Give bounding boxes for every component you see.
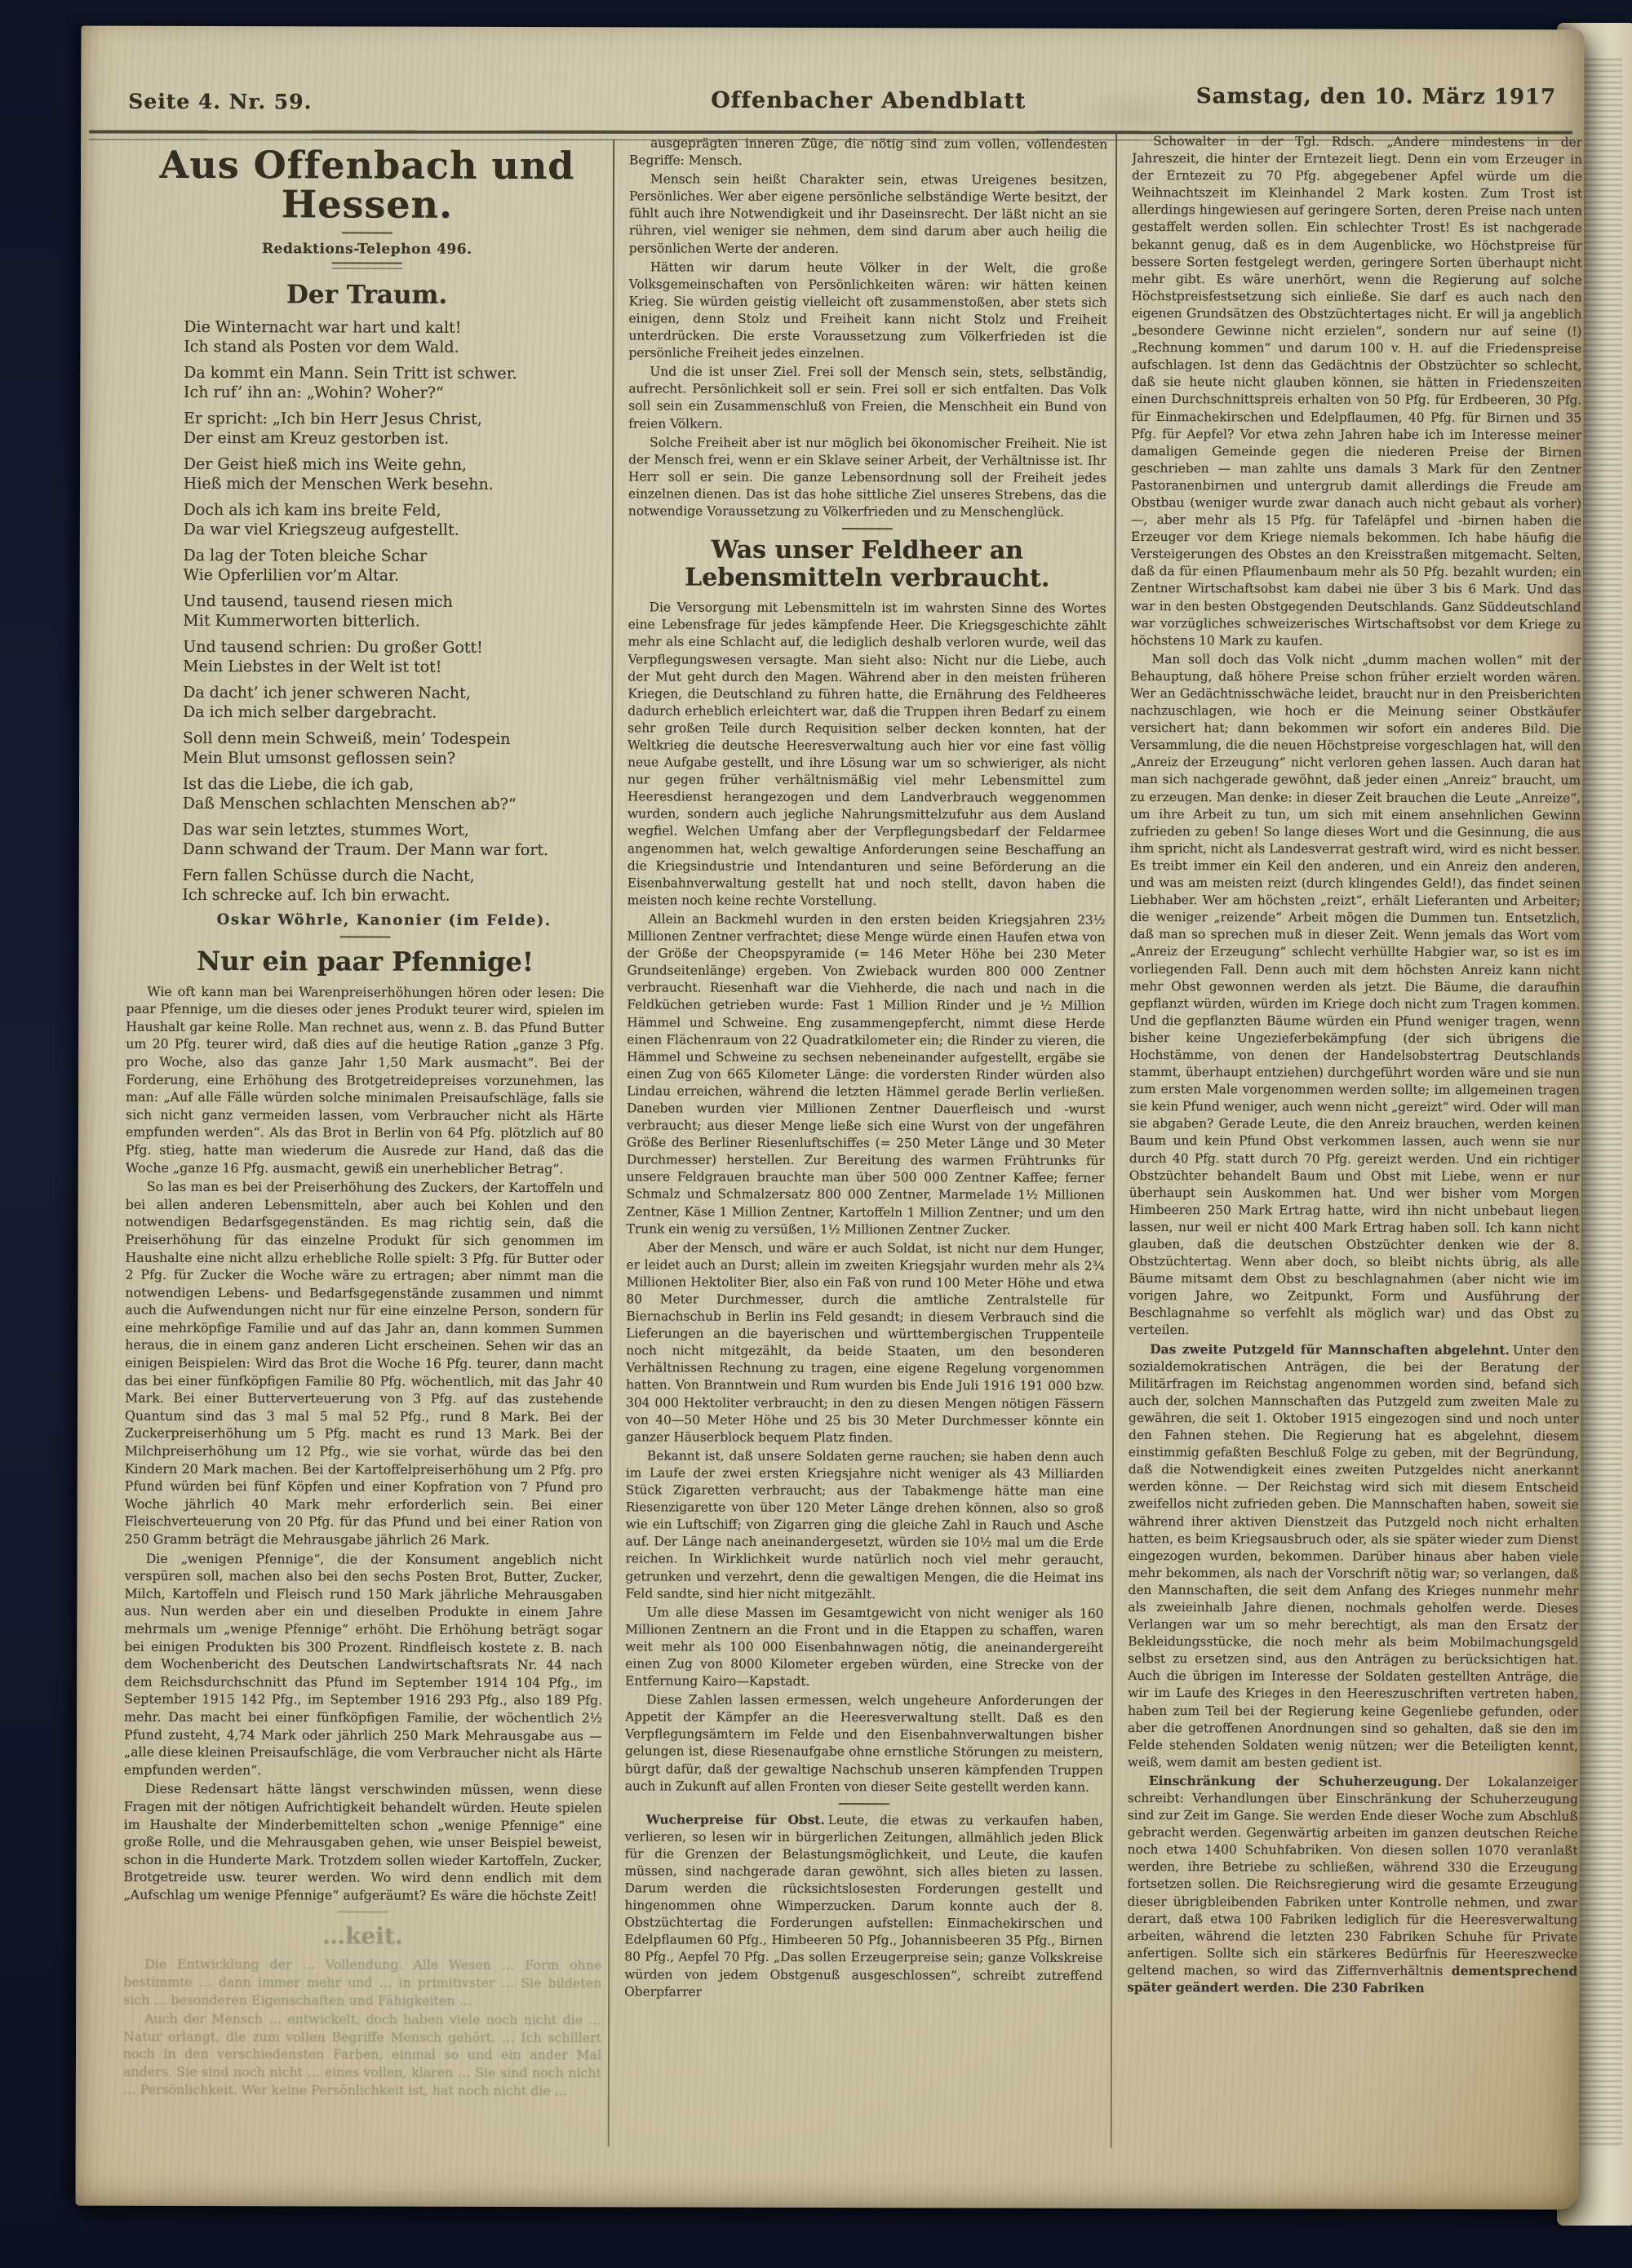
editorial-telephone: Redaktions-Telephon 496. xyxy=(128,240,606,258)
news-items: Das zweite Putzgeld für Mannschaften abg… xyxy=(1127,1341,1579,1998)
divider-rule xyxy=(839,1803,889,1805)
photo-backdrop: Seite 4. Nr. 59. Offenbacher Abendblatt … xyxy=(0,0,1632,2268)
article-paragraph: So las man es bei der Preiserhöhung des … xyxy=(125,1178,604,1549)
poem-line: Das war sein letztes, stummes Wort, xyxy=(183,820,549,840)
article-title: Was unser Feldheer an Lebensmitteln verb… xyxy=(628,536,1106,592)
poem-line: Ich stand als Posten vor dem Wald. xyxy=(184,337,550,357)
paragraph-text: Bekannt ist, daß unsere Soldaten gerne r… xyxy=(625,1448,1103,1601)
divider-rule xyxy=(842,528,893,529)
paragraph-text: Diese Redensart hätte längst verschwinde… xyxy=(123,1781,601,1903)
paragraph-text: Auch der Mensch … entwickelt, doch haben… xyxy=(123,2011,601,2098)
poem-body: Die Winternacht war hart und kalt!Ich st… xyxy=(182,317,549,906)
news-item: Das zweite Putzgeld für Mannschaften abg… xyxy=(1128,1341,1579,1773)
paragraph-text: Schowalter in der Tgl. Rdsch. „Andere mi… xyxy=(1131,134,1583,648)
paragraph-text: Die „wenigen Pfennige“, die der Konsumen… xyxy=(124,1550,603,1777)
news-item-text: Der Lokalanzeiger schreibt: Verhandlunge… xyxy=(1127,1774,1578,1978)
faded-article-body: Die Entwicklung der … Vollendung. Alle W… xyxy=(123,1956,601,2099)
poem-line: Er spricht: „Ich bin Herr Jesus Christ, xyxy=(184,409,550,429)
article-paragraph: Man soll doch das Volk nicht „dumm mache… xyxy=(1129,651,1581,1340)
poem-line: Der einst am Kreuz gestorben ist. xyxy=(184,428,550,449)
poem-line: Und tausend, tausend riesen mich xyxy=(183,591,549,612)
poem-line: Da ich mich selber dargebracht. xyxy=(183,702,549,723)
article-paragraph: Allein an Backmehl wurden in den ersten … xyxy=(627,910,1106,1238)
divider-rule xyxy=(340,936,391,937)
poem-line: Hieß mich der Menschen Werk besehn. xyxy=(184,474,550,494)
news-item: Einschränkung der Schuherzeugung.Der Lok… xyxy=(1127,1773,1578,1998)
article-paragraph: Und die ist unser Ziel. Frei soll der Me… xyxy=(628,364,1106,434)
poem-line: Daß Menschen schlachten Menschen ab?“ xyxy=(183,794,549,814)
paragraph-text: Man soll doch das Volk nicht „dumm mache… xyxy=(1129,652,1581,1338)
article-paragraph: Diese Redensart hätte längst verschwinde… xyxy=(123,1780,601,1905)
paragraph-text: Die Versorgung mit Lebensmitteln ist im … xyxy=(628,600,1106,908)
poem-byline: Oskar Wöhrle, Kanonier (im Felde). xyxy=(126,910,605,929)
article-paragraph: ausgeprägten inneren Züge, die nötig sin… xyxy=(629,135,1107,171)
paragraph-text: ausgeprägten inneren Züge, die nötig sin… xyxy=(629,135,1107,167)
faded-paragraph: Auch der Mensch … entwickelt, doch haben… xyxy=(123,2010,601,2100)
faded-article-title: …keit. xyxy=(123,1922,601,1951)
poem-line: Da kommt ein Mann. Sein Tritt ist schwer… xyxy=(184,363,550,383)
poem-line: Mein Liebstes in der Welt ist tot! xyxy=(183,657,549,677)
poem-line: Mein Blut umsonst geflossen sein? xyxy=(183,748,549,769)
paragraph-text: Und die ist unser Ziel. Frei soll der Me… xyxy=(628,365,1106,432)
paragraph-text: Allein an Backmehl wurden in den ersten … xyxy=(627,911,1106,1237)
paragraph-text: Hätten wir darum heute Völker in der Wel… xyxy=(628,259,1106,361)
article-paragraph: Schowalter in der Tgl. Rdsch. „Andere mi… xyxy=(1131,133,1583,650)
article-title: Nur ein paar Pfennige! xyxy=(126,945,604,977)
poem-line: Der Geist hieß mich ins Weite gehn, xyxy=(184,454,550,475)
poem-line: Da dacht’ ich jener schweren Nacht, xyxy=(183,683,549,703)
paragraph-text: Aber der Mensch, und wäre er auch Soldat… xyxy=(626,1240,1105,1445)
poem-line: Soll denn mein Schweiß, mein’ Todespein xyxy=(183,729,549,749)
poem-line: Die Winternacht war hart und kalt! xyxy=(184,317,550,338)
news-item-text: Leute, die etwas zu verkaufen haben, ver… xyxy=(624,1813,1103,2000)
poem-line: Da war viel Kriegszeug aufgestellt. xyxy=(184,520,550,540)
poem-line: Ist das die Liebe, die ich gab, xyxy=(183,774,549,795)
column-divider-rule xyxy=(1111,133,1117,2148)
article-paragraph: Diese Zahlen lassen ermessen, welch unge… xyxy=(625,1692,1103,1796)
news-item-lead: Einschränkung der Schuherzeugung. xyxy=(1149,1774,1442,1789)
section-title: Aus Offenbach und Hessen. xyxy=(128,145,606,225)
column-divider-rule xyxy=(608,140,614,2146)
newspaper-page: Seite 4. Nr. 59. Offenbacher Abendblatt … xyxy=(76,26,1585,2210)
article-paragraph: Hätten wir darum heute Völker in der Wel… xyxy=(628,259,1106,363)
column-right: Schowalter in der Tgl. Rdsch. „Andere mi… xyxy=(1127,133,1582,2157)
poem-line: Mit Kummerworten bitterlich. xyxy=(183,611,549,631)
news-item: Wucherpreise für Obst.Leute, die etwas z… xyxy=(624,1811,1103,2002)
column-middle: ausgeprägten inneren Züge, die nötig sin… xyxy=(624,135,1108,2169)
divider-rule-double xyxy=(332,262,402,268)
continued-article-body: Schowalter in der Tgl. Rdsch. „Andere mi… xyxy=(1129,133,1582,1340)
paragraph-text: Mensch sein heißt Charakter sein, etwas … xyxy=(629,172,1107,256)
paragraph-text: Die Entwicklung der … Vollendung. Alle W… xyxy=(123,1956,601,2008)
paragraph-text: Wie oft kann man bei Warenpreiserhöhunge… xyxy=(126,983,605,1176)
divider-rule xyxy=(337,1911,388,1913)
article-paragraph: Wie oft kann man bei Warenpreiserhöhunge… xyxy=(126,982,605,1177)
column-left: Aus Offenbach und Hessen. Redaktions-Tel… xyxy=(123,140,606,2165)
poem-line: Ich schrecke auf. Ich bin erwacht. xyxy=(182,885,548,906)
divider-rule xyxy=(342,232,392,233)
paragraph-text: Um alle diese Massen im Gesamtgewicht vo… xyxy=(625,1605,1103,1689)
article-paragraph: Aber der Mensch, und wäre er auch Soldat… xyxy=(626,1239,1105,1447)
article-body: Wie oft kann man bei Warenpreiserhöhunge… xyxy=(123,982,604,1904)
continued-article-body: ausgeprägten inneren Züge, die nötig sin… xyxy=(628,135,1107,521)
poem-line: Doch als ich kam ins breite Feld, xyxy=(184,500,550,520)
issue-date: Samstag, den 10. März 1917 xyxy=(1174,84,1556,109)
poem-line: Dann schwand der Traum. Der Mann war for… xyxy=(183,839,549,860)
article-paragraph: Solche Freiheit aber ist nur möglich bei… xyxy=(628,434,1106,521)
article-paragraph: Die Versorgung mit Lebensmitteln ist im … xyxy=(628,600,1106,910)
page-number-issue: Seite 4. Nr. 59. xyxy=(128,90,312,114)
poem-title: Der Traum. xyxy=(128,279,606,310)
article-paragraph: Die „wenigen Pfennige“, die der Konsumen… xyxy=(124,1549,603,1779)
poem-line: Wie Opferlilien vor’m Altar. xyxy=(183,565,549,586)
newspaper-title: Offenbacher Abendblatt xyxy=(676,88,1060,114)
poem-line: Fern fallen Schüsse durch die Nacht, xyxy=(182,866,548,886)
paragraph-text: So las man es bei der Preiserhöhung des … xyxy=(125,1179,604,1548)
adjacent-page-text-blur xyxy=(1578,59,1622,2147)
news-item-lead: Das zweite Putzgeld für Mannschaften abg… xyxy=(1150,1342,1510,1358)
article-paragraph: Mensch sein heißt Charakter sein, etwas … xyxy=(629,171,1107,259)
paragraph-text: Solche Freiheit aber ist nur möglich bei… xyxy=(628,435,1106,520)
poem-line: Da lag der Toten bleiche Schar xyxy=(184,546,550,566)
news-item-lead: Wucherpreise für Obst. xyxy=(646,1812,825,1827)
poem-line: Ich ruf’ ihn an: „Wohin? Woher?“ xyxy=(184,383,550,403)
faded-paragraph: Die Entwicklung der … Vollendung. Alle W… xyxy=(123,1956,601,2009)
news-item-text: Unter den sozialdemokratischen Anträgen,… xyxy=(1128,1343,1579,1770)
poem-line: Und tausend schrien: Du großer Gott! xyxy=(183,637,549,658)
paragraph-text: Diese Zahlen lassen ermessen, welch unge… xyxy=(625,1693,1103,1795)
article-paragraph: Um alle diese Massen im Gesamtgewicht vo… xyxy=(625,1604,1103,1691)
article-body: Die Versorgung mit Lebensmitteln ist im … xyxy=(625,600,1106,1796)
article-paragraph: Bekannt ist, daß unsere Soldaten gerne r… xyxy=(625,1447,1103,1603)
